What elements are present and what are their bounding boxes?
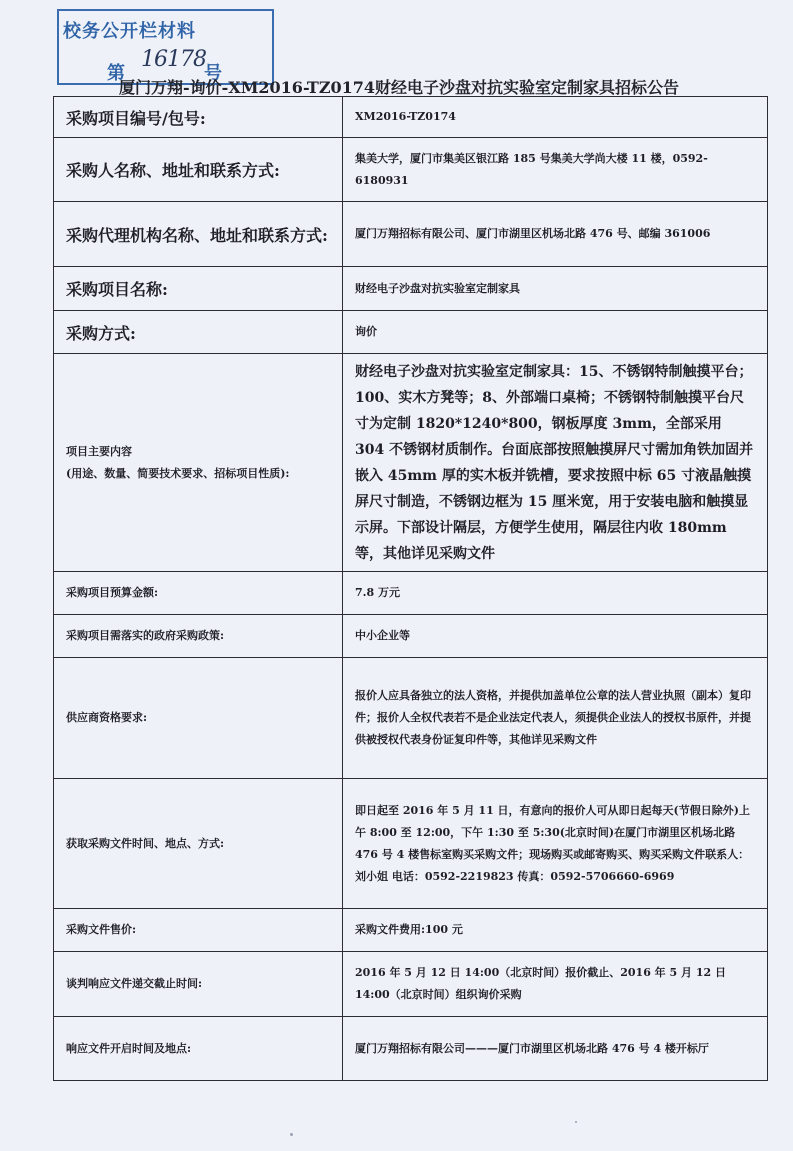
row-label: 采购文件售价: [54,909,343,952]
row-label: 供应商资格要求: [54,658,343,779]
table-row: 采购项目需落实的政府采购政策: 中小企业等 [54,615,768,658]
scan-speck [290,1133,293,1136]
row-label: 采购项目需落实的政府采购政策: [54,615,343,658]
row-value: 中小企业等 [343,615,768,658]
row-label: 采购代理机构名称、地址和联系方式: [54,202,343,267]
scan-speck [575,1121,577,1123]
table-row: 项目主要内容 (用途、数量、简要技术要求、招标项目性质): 财经电子沙盘对抗实验… [54,354,768,572]
school-affairs-stamp: 校务公开栏材料 第 16178 号 [57,9,274,85]
row-label: 采购方式: [54,311,343,354]
row-label-sub: (用途、数量、简要技术要求、招标项目性质): [66,463,330,485]
table-row: 采购项目编号/包号: XM2016-TZ0174 [54,97,768,138]
table-row: 供应商资格要求: 报价人应具备独立的法人资格，并提供加盖单位公章的法人营业执照（… [54,658,768,779]
document-title: 厦门万翔-询价-XM2016-TZ0174财经电子沙盘对抗实验室定制家具招标公告 [119,75,679,98]
stamp-title: 校务公开栏材料 [63,17,196,43]
row-value: 即日起至 2016 年 5 月 11 日，有意向的报价人可从即日起每天(节假日除… [343,779,768,909]
table-row: 谈判响应文件递交截止时间: 2016 年 5 月 12 日 14:00（北京时间… [54,952,768,1017]
row-value: 7.8 万元 [343,572,768,615]
row-value: 询价 [343,311,768,354]
row-label: 谈判响应文件递交截止时间: [54,952,343,1017]
row-value: 财经电子沙盘对抗实验室定制家具：15、不锈钢特制触摸平台；100、实木方凳等；8… [343,354,768,572]
table-row: 采购方式: 询价 [54,311,768,354]
row-label: 采购项目预算金额: [54,572,343,615]
row-label-main: 项目主要内容 [66,441,330,463]
table-row: 采购人名称、地址和联系方式: 集美大学，厦门市集美区银江路 185 号集美大学尚… [54,138,768,202]
row-label: 获取采购文件时间、地点、方式: [54,779,343,909]
table-row: 采购文件售价: 采购文件费用:100 元 [54,909,768,952]
row-value: 集美大学，厦门市集美区银江路 185 号集美大学尚大楼 11 楼，0592-61… [343,138,768,202]
row-value: 报价人应具备独立的法人资格，并提供加盖单位公章的法人营业执照（副本）复印件；报价… [343,658,768,779]
row-value: 财经电子沙盘对抗实验室定制家具 [343,267,768,311]
row-value: 厦门万翔招标有限公司———厦门市湖里区机场北路 476 号 4 楼开标厅 [343,1017,768,1081]
row-label: 采购项目编号/包号: [54,97,343,138]
row-label: 采购人名称、地址和联系方式: [54,138,343,202]
table-row: 采购代理机构名称、地址和联系方式: 厦门万翔招标有限公司、厦门市湖里区机场北路 … [54,202,768,267]
table-row: 采购项目预算金额: 7.8 万元 [54,572,768,615]
row-value: XM2016-TZ0174 [343,97,768,138]
tender-notice-table: 采购项目编号/包号: XM2016-TZ0174 采购人名称、地址和联系方式: … [53,96,768,1081]
table-row: 响应文件开启时间及地点: 厦门万翔招标有限公司———厦门市湖里区机场北路 476… [54,1017,768,1081]
row-label: 响应文件开启时间及地点: [54,1017,343,1081]
row-value: 厦门万翔招标有限公司、厦门市湖里区机场北路 476 号、邮编 361006 [343,202,768,267]
row-label: 项目主要内容 (用途、数量、简要技术要求、招标项目性质): [54,354,343,572]
table-row: 采购项目名称: 财经电子沙盘对抗实验室定制家具 [54,267,768,311]
row-value: 采购文件费用:100 元 [343,909,768,952]
row-value: 2016 年 5 月 12 日 14:00（北京时间）报价截止、2016 年 5… [343,952,768,1017]
stamp-number: 16178 [141,47,206,72]
table-row: 获取采购文件时间、地点、方式: 即日起至 2016 年 5 月 11 日，有意向… [54,779,768,909]
row-label: 采购项目名称: [54,267,343,311]
